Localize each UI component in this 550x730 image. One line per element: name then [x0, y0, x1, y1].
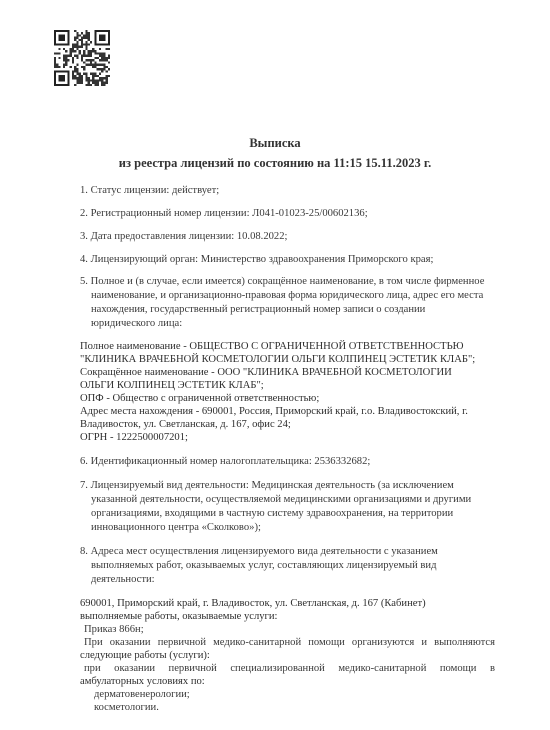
item-registration-number: 2. Регистрационный номер лицензии: Л041-… [80, 207, 368, 220]
service-cosmetology: косметологии. [94, 701, 159, 714]
item7-line: 7. Лицензируемый вид деятельности: Медиц… [80, 479, 454, 492]
item-license-status: 1. Статус лицензии: действует; [80, 184, 219, 197]
qr-code [54, 30, 110, 86]
org-full-name: Полное наименование - ОБЩЕСТВО С ОГРАНИЧ… [80, 340, 464, 353]
item7-line: инновационного центра «Сколково»); [91, 521, 261, 534]
item-licensing-authority: 4. Лицензирующий орган: Министерство здр… [80, 253, 433, 266]
activity-address: 690001, Приморский край, г. Владивосток,… [80, 597, 426, 610]
item-inn: 6. Идентификационный номер налогоплатель… [80, 455, 370, 468]
specialized-care-line-cont: амбулаторных условиях по: [80, 675, 205, 688]
item5-line: наименование, и организационно-правовая … [91, 289, 483, 302]
org-ogrn: ОГРН - 1222500007201; [80, 431, 188, 444]
item8-line: выполняемых работ, оказываемых услуг, со… [91, 559, 436, 572]
org-short-name-cont: ОЛЬГИ КОЛПИНЕЦ ЭСТЕТИК КЛАБ"; [80, 379, 264, 392]
services-label: выполняемые работы, оказываемые услуги: [80, 610, 278, 623]
org-short-name: Сокращённое наименование - ООО "КЛИНИКА … [80, 366, 452, 379]
org-address-cont: Владивосток, ул. Светланская, д. 167, оф… [80, 418, 291, 431]
org-full-name-cont: "КЛИНИКА ВРАЧЕБНОЙ КОСМЕТОЛОГИИ ОЛЬГИ КО… [80, 353, 475, 366]
specialized-care-line: при оказании первичной специализированно… [84, 662, 495, 675]
item8-line: деятельности: [91, 573, 155, 586]
org-legal-form: ОПФ - Общество с ограниченной ответствен… [80, 392, 319, 405]
document-subtitle: из реестра лицензий по состоянию на 11:1… [0, 156, 550, 171]
item-license-date: 3. Дата предоставления лицензии: 10.08.2… [80, 230, 287, 243]
order-ref: Приказ 866н; [84, 623, 144, 636]
service-dermatovenerology: дерматовенерологии; [94, 688, 190, 701]
item7-line: указанной деятельности, осуществляемой м… [91, 493, 471, 506]
document-title: Выписка [0, 136, 550, 151]
item5-line: юридического лица: [91, 317, 182, 330]
org-address: Адрес места нахождения - 690001, Россия,… [80, 405, 468, 418]
primary-care-line-cont: следующие работы (услуги): [80, 649, 210, 662]
item7-line: организациями, входящими в частную систе… [91, 507, 453, 520]
item5-line: нахождения, государственный регистрацион… [91, 303, 425, 316]
item8-line: 8. Адреса мест осуществления лицензируем… [80, 545, 438, 558]
primary-care-line: При оказании первичной медико-санитарной… [84, 636, 495, 649]
item5-line: 5. Полное и (в случае, если имеется) сок… [80, 275, 484, 288]
